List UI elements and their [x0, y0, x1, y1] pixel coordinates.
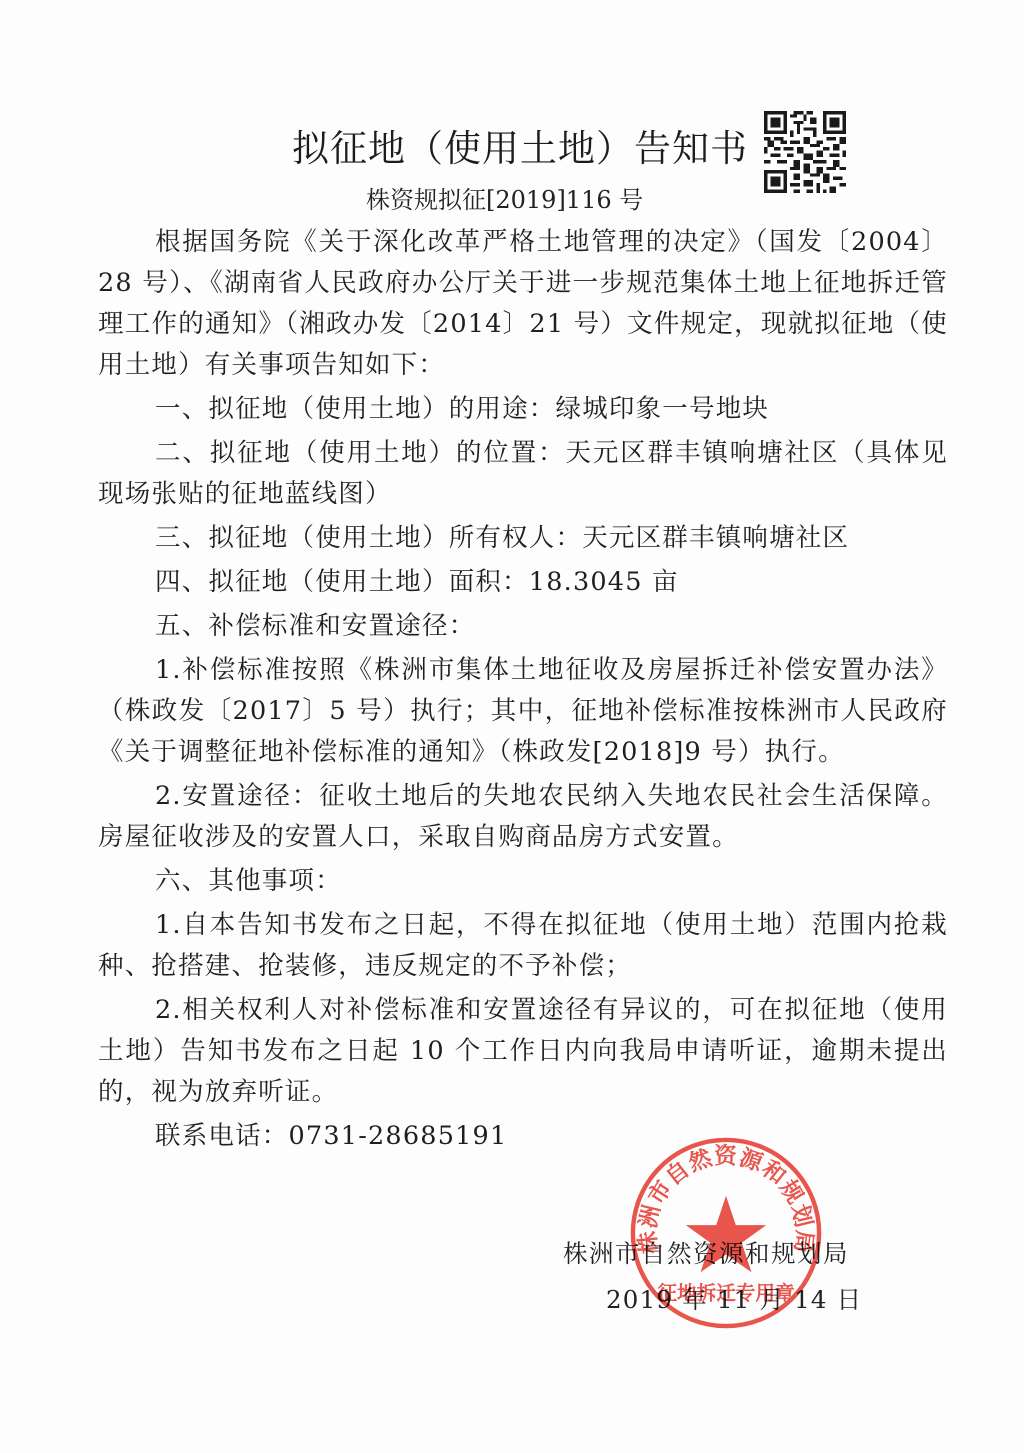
item-owner: 三、拟征地（使用土地）所有权人：天元区群丰镇响塘社区 — [98, 518, 948, 559]
issuer-signature: 株洲市自然资源和规划局 — [563, 1235, 849, 1270]
qr-code-icon[interactable] — [762, 111, 848, 193]
item-location: 二、拟征地（使用土地）的位置：天元区群丰镇响塘社区（具体见现场张贴的征地蓝线图） — [98, 433, 948, 515]
item-compensation-heading: 五、补偿标准和安置途径： — [98, 606, 948, 647]
document-body: 根据国务院《关于深化改革严格土地管理的决定》（国发〔2004〕28 号）、《湖南… — [98, 222, 948, 1157]
item-other-heading: 六、其他事项： — [98, 861, 948, 902]
document-title: 拟征地（使用土地）告知书 — [292, 118, 748, 172]
other-prohibition: 1.自本告知书发布之日起，不得在拟征地（使用土地）范围内抢栽种、抢搭建、抢装修，… — [98, 905, 948, 987]
intro-paragraph: 根据国务院《关于深化改革严格土地管理的决定》（国发〔2004〕28 号）、《湖南… — [98, 222, 948, 386]
contact-phone: 联系电话：0731-28685191 — [98, 1116, 948, 1157]
issue-date: 2019 年 11 月 14 日 — [606, 1281, 862, 1316]
document-number: 株资规拟征[2019]116 号 — [366, 180, 643, 215]
other-hearing: 2.相关权利人对补偿标准和安置途径有异议的，可在拟征地（使用土地）告知书发布之日… — [98, 990, 948, 1113]
item-area: 四、拟征地（使用土地）面积：18.3045 亩 — [98, 562, 948, 603]
compensation-standard: 1.补偿标准按照《株洲市集体土地征收及房屋拆迁补偿安置办法》（株政发〔2017〕… — [98, 650, 948, 773]
item-purpose: 一、拟征地（使用土地）的用途：绿城印象一号地块 — [98, 389, 948, 430]
notice-page: 拟征地（使用土地）告知书 — [0, 0, 1024, 1453]
resettlement-approach: 2.安置途径：征收土地后的失地农民纳入失地农民社会生活保障。房屋征收涉及的安置人… — [98, 776, 948, 858]
